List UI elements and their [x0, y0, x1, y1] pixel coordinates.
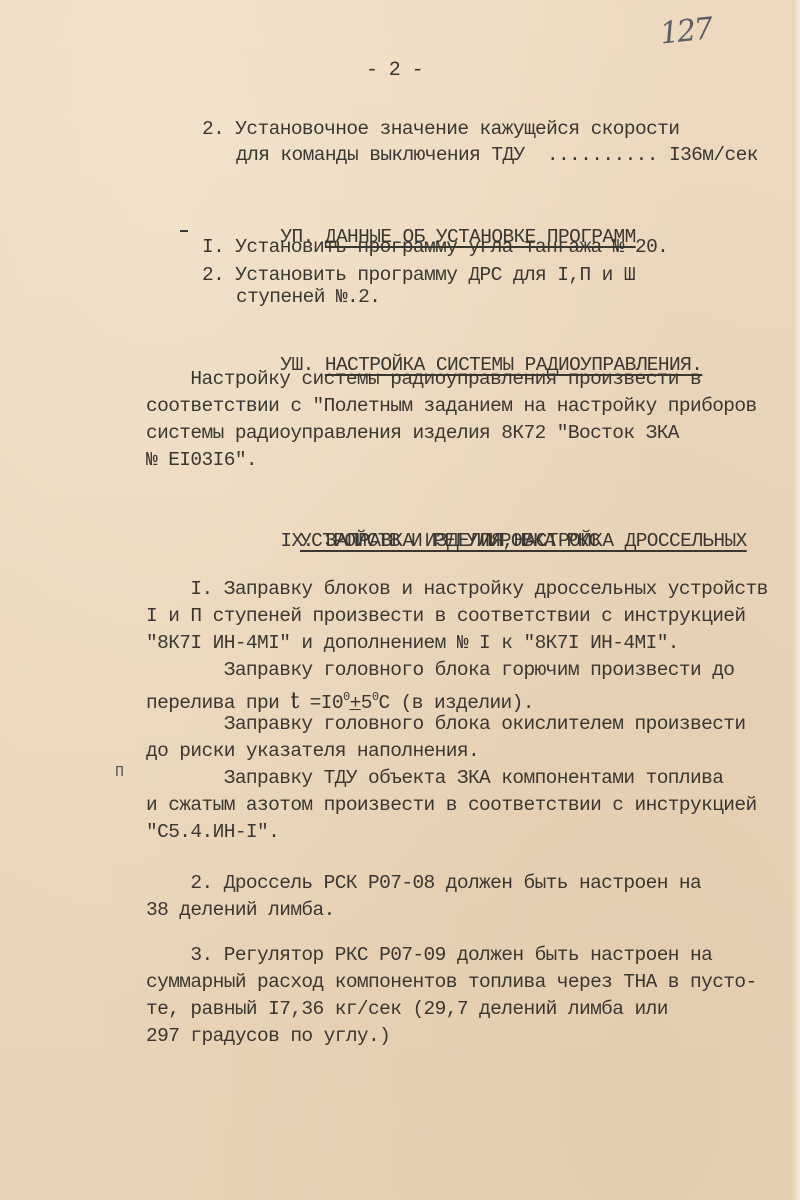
section-9-item-3-line4: 297 градусов по углу.) — [146, 1023, 390, 1049]
section-9-item-1-line3: "8К7I ИН-4МI" и дополнением № I к "8К7I … — [146, 630, 679, 656]
archive-folio-number: 127 — [658, 11, 713, 51]
section-9-item-1-line1: I. Заправку блоков и настройку дроссельн… — [146, 576, 768, 602]
section-9-item-3-line2: суммарный расход компонентов топлива чер… — [146, 969, 757, 995]
section-9-title-line2: УСТРОЙСТВ И РЕГУЛИРОВКА РКС — [300, 528, 600, 554]
oxidizer-para-line2: до риски указателя наполнения. — [146, 738, 479, 764]
document-page: 127 - 2 - 2. Установочное значение кажущ… — [0, 0, 800, 1200]
section-9-item-2-line2: 38 делений лимба. — [146, 897, 335, 923]
section-8-para-line3: системы радиоуправления изделия 8К72 "Во… — [146, 420, 679, 446]
margin-dash — [180, 230, 188, 232]
paper-edge — [792, 0, 800, 1200]
section-7-item-2-line2: ступеней №.2. — [236, 284, 380, 310]
degree-mark: 0 — [343, 690, 350, 704]
velocity-item-line1: 2. Установочное значение кажущейся скоро… — [202, 116, 679, 142]
velocity-item-line2: для команды выключения ТДУ .......... I3… — [236, 142, 758, 168]
oxidizer-para-line1: Заправку головного блока окислителем про… — [146, 711, 746, 737]
section-9-item-3-line1: 3. Регулятор РКС Р07-09 должен быть наст… — [146, 942, 712, 968]
section-8-para-line2: соответствии с "Полетным заданием на нас… — [146, 393, 757, 419]
fuel-para-line1: Заправку головного блока горючим произве… — [146, 657, 734, 683]
section-8-para-line4: № ЕI03I6". — [146, 447, 257, 473]
section-9-item-2-line1: 2. Дроссель РСК Р07-08 должен быть настр… — [146, 870, 701, 896]
tdu-para-line1: Заправку ТДУ объекта ЗКА компонентами то… — [146, 765, 723, 791]
section-7-item-1: I. Установить программу угла тангажа № 2… — [202, 234, 668, 260]
tdu-para-line3: "С5.4.ИН-I". — [146, 819, 279, 845]
section-9-item-1-line2: I и П ступеней произвести в соответствии… — [146, 603, 746, 629]
margin-annotation: П — [115, 764, 124, 781]
section-9-item-3-line3: те, равный I7,36 кг/сек (29,7 делений ли… — [146, 996, 668, 1022]
section-8-para-line1: Настройку системы радиоуправления произв… — [146, 366, 701, 392]
tdu-para-line2: и сжатым азотом произвести в соответстви… — [146, 792, 757, 818]
page-number: - 2 - — [366, 58, 423, 84]
